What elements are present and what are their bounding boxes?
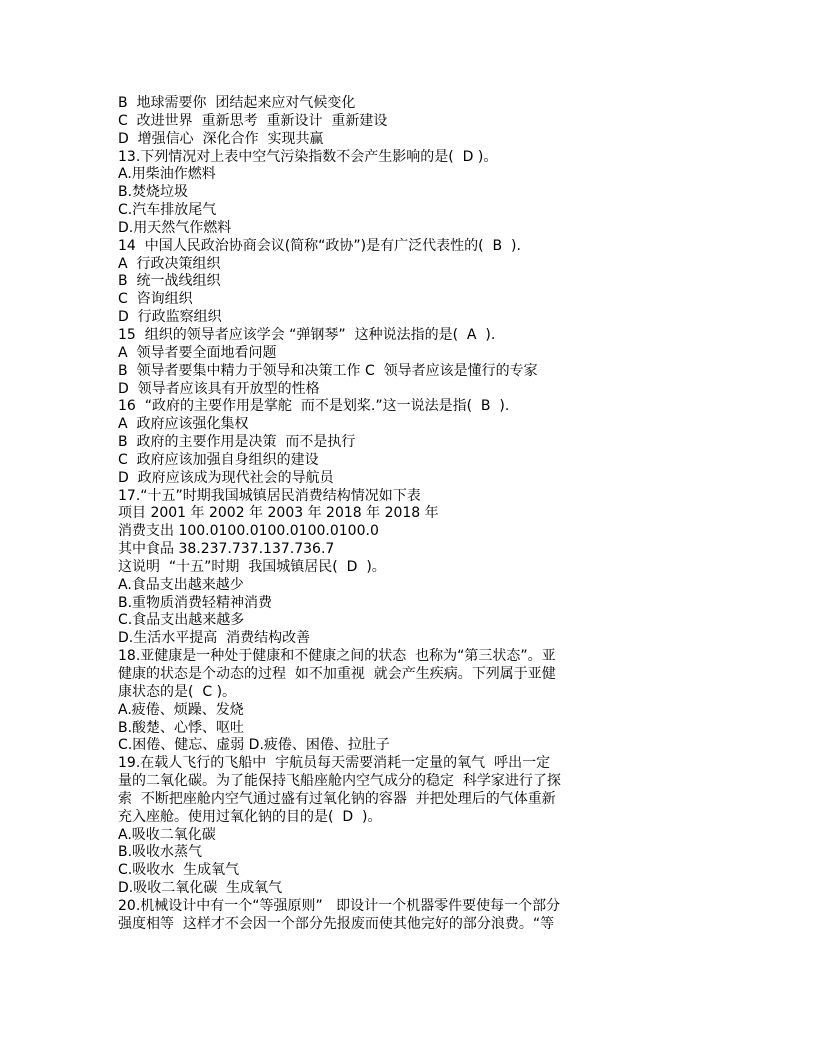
text-line: B.重物质消费轻精神消费 [118,595,708,613]
text-line: 16 “政府的主要作用是掌舵 而不是划桨.”这一说法是指( B ). [118,398,708,416]
text-line: 18.亚健康是一种处于健康和不健康之间的状态 也称为“第三状态”。亚 [118,648,708,666]
text-line: B.酸楚、心悸、呕吐 [118,720,708,738]
exam-text-block: B 地球需要你 团结起来应对气候变化C 改进世界 重新思考 重新设计 重新建设D… [118,95,708,934]
text-line: B.吸收水蒸气 [118,844,708,862]
text-line: 20.机械设计中有一个“等强原则” 即设计一个机器零件要使每一个部分 [118,898,708,916]
text-line: C.食品支出越来越多 [118,612,708,630]
text-line: 19.在载人飞行的飞船中 宇航员每天需要消耗一定量的氧气 呼出一定 [118,755,708,773]
text-line: D 增强信心 深化合作 实现共赢 [118,131,708,149]
text-line: D 政府应该成为现代社会的导航员 [118,470,708,488]
text-line: A 行政决策组织 [118,256,708,274]
text-line: 15 组织的领导者应该学会 “弹钢琴” 这种说法指的是( A ). [118,327,708,345]
text-line: 17.“十五”时期我国城镇居民消费结构情况如下表 [118,488,708,506]
text-line: B 领导者要集中精力于领导和决策工作 C 领导者应该是懂行的专家 [118,363,708,381]
text-line: 量的二氧化碳。为了能保持飞船座舱内空气成分的稳定 科学家进行了探 [118,773,708,791]
text-line: D.吸收二氧化碳 生成氧气 [118,880,708,898]
text-line: C 咨询组织 [118,291,708,309]
text-line: B 政府的主要作用是决策 而不是执行 [118,434,708,452]
text-line: C.汽车排放尾气 [118,202,708,220]
text-line: 其中食品 38.237.737.137.736.7 [118,541,708,559]
text-line: A 政府应该强化集权 [118,416,708,434]
text-line: 索 不断把座舱内空气通过盛有过氧化钠的容器 并把处理后的气体重新 [118,791,708,809]
text-line: 健康的状态是个动态的过程 如不加重视 就会产生疾病。下列属于亚健 [118,666,708,684]
text-line: C.困倦、健忘、虚弱 D.疲倦、困倦、拉肚子 [118,737,708,755]
text-line: A 领导者要全面地看问题 [118,345,708,363]
text-line: D 行政监察组织 [118,309,708,327]
text-line: C 改进世界 重新思考 重新设计 重新建设 [118,113,708,131]
text-line: 充入座舱。使用过氧化钠的目的是( D )。 [118,809,708,827]
document-page: B 地球需要你 团结起来应对气候变化C 改进世界 重新思考 重新设计 重新建设D… [0,0,816,1056]
text-line: D.用天然气作燃料 [118,220,708,238]
text-line: A.疲倦、烦躁、发烧 [118,702,708,720]
text-line: 强度相等 这样才不会因一个部分先报废而使其他完好的部分浪费。“等 [118,916,708,934]
text-line: A.用柴油作燃料 [118,166,708,184]
text-line: B 统一战线组织 [118,273,708,291]
text-line: B 地球需要你 团结起来应对气候变化 [118,95,708,113]
text-line: B.焚烧垃圾 [118,184,708,202]
text-line: A.食品支出越来越少 [118,577,708,595]
text-line: 消费支出 100.0100.0100.0100.0100.0 [118,523,708,541]
text-line: 项目 2001 年 2002 年 2003 年 2018 年 2018 年 [118,505,708,523]
text-line: C.吸收水 生成氧气 [118,862,708,880]
text-line: 康状态的是( C )。 [118,684,708,702]
text-line: 这说明 “十五”时期 我国城镇居民( D )。 [118,559,708,577]
text-line: A.吸收二氧化碳 [118,827,708,845]
text-line: D 领导者应该具有开放型的性格 [118,381,708,399]
text-line: 14 中国人民政治协商会议(简称“政协”)是有广泛代表性的( B ). [118,238,708,256]
text-line: 13.下列情况对上表中空气污染指数不会产生影响的是( D )。 [118,149,708,167]
text-line: C 政府应该加强自身组织的建设 [118,452,708,470]
text-line: D.生活水平提高 消费结构改善 [118,630,708,648]
